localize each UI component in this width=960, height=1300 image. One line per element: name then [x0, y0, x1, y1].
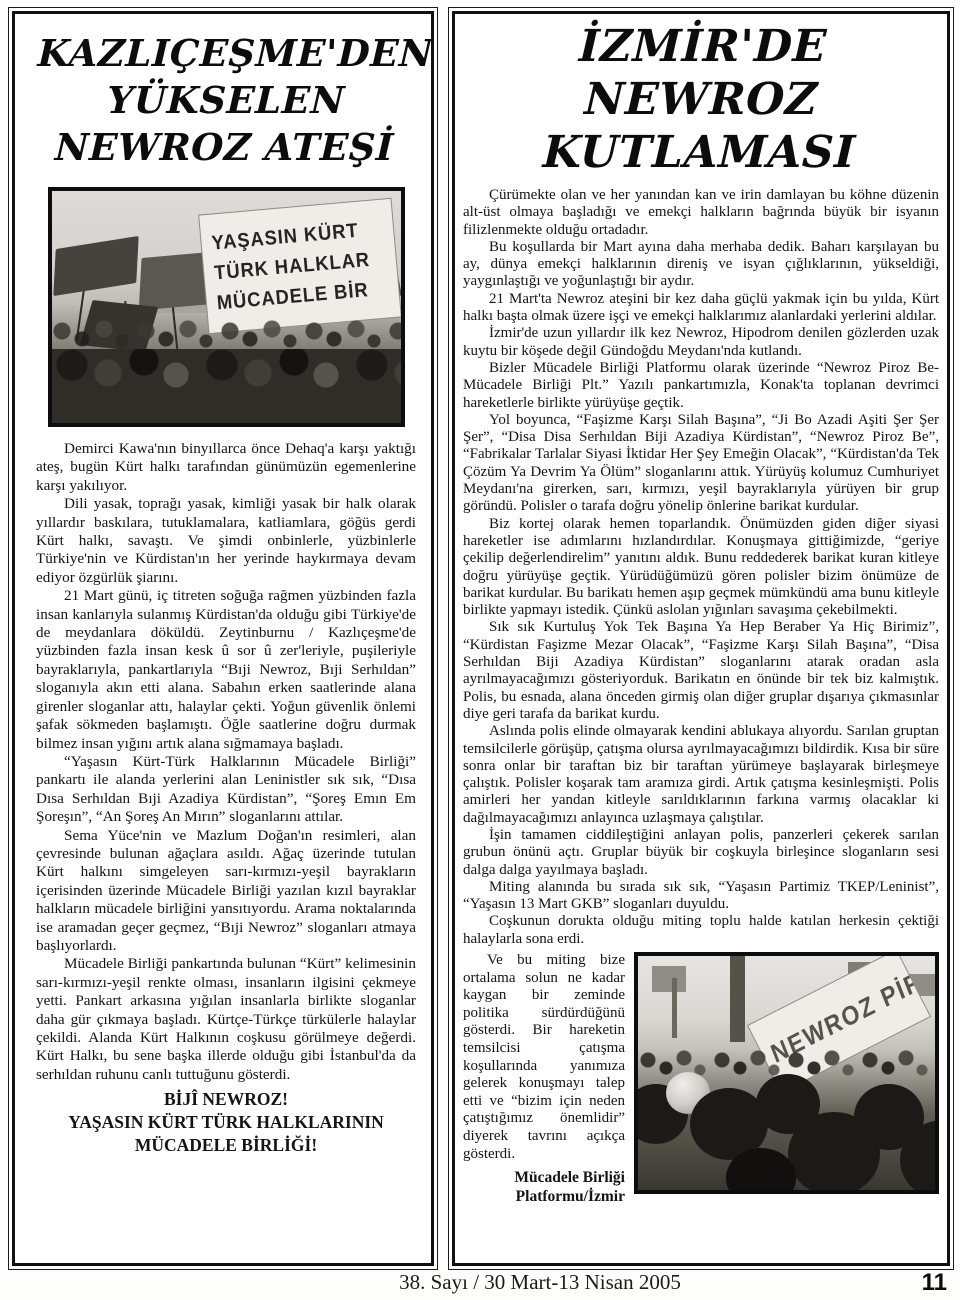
footer-issue-date: 38. Sayı / 30 Mart-13 Nisan 2005	[330, 1270, 750, 1295]
article-paragraph: Yol boyunca, “Faşizme Karşı Silah Başına…	[463, 412, 939, 516]
headline-line: NEWROZ ATEŞİ	[34, 124, 416, 171]
headline-line: NEWROZ KUTLAMASI	[460, 73, 940, 179]
article-paragraph: İzmir'de uzun yıllardır ilk kez Newroz, …	[463, 325, 939, 360]
signature-line: Platformu/İzmir	[463, 1187, 625, 1206]
photo-tree-trunk	[730, 956, 745, 1042]
article-paragraph: 21 Mart'ta Newroz ateşini bir kez daha g…	[463, 291, 939, 326]
photo-window	[652, 966, 686, 992]
article-paragraph: 21 Mart günü, iç titreten soğuğa rağmen …	[36, 587, 416, 753]
article-paragraph: Coşkunun dorukta olduğu miting toplu hal…	[463, 913, 939, 948]
signature-line: Mücadele Birliği	[463, 1168, 625, 1187]
right-article-headline: İZMİR'DE NEWROZ KUTLAMASI	[460, 20, 942, 179]
sidebar-text-column: Ve bu miting bize ortalama solun ne kada…	[463, 952, 625, 1206]
article-paragraph: Dili yasak, toprağı yasak, kimliği yasak…	[36, 495, 416, 587]
article-paragraph: Demirci Kawa'nın binyıllarca önce Dehaq'…	[36, 440, 416, 495]
left-article-frame: KAZLIÇEŞME'DEN YÜKSELEN NEWROZ ATEŞİ YAŞ…	[12, 11, 434, 1266]
newspaper-page: KAZLIÇEŞME'DEN YÜKSELEN NEWROZ ATEŞİ YAŞ…	[0, 0, 960, 1300]
article-paragraph: Bizler Mücadele Birliği Platformu olarak…	[463, 360, 939, 412]
photo-crowd-foreground	[52, 349, 401, 423]
closing-slogan-line: MÜCADELE BİRLİĞİ!	[36, 1134, 416, 1157]
article-paragraph: Bu koşullarda bir Mart ayına daha merhab…	[463, 239, 939, 291]
left-article-closing-slogans: BİJÎ NEWROZ! YAŞASIN KÜRT TÜRK HALKLARIN…	[36, 1088, 416, 1157]
article-paragraph: Ve bu miting bize ortalama solun ne kada…	[463, 952, 625, 1163]
photo-banner: YAŞASIN KÜRT TÜRK HALKLAR MÜCADELE BİR	[199, 199, 401, 333]
left-article-headline: KAZLIÇEŞME'DEN YÜKSELEN NEWROZ ATEŞİ	[34, 30, 419, 171]
headline-line: YÜKSELEN	[35, 77, 417, 124]
article-paragraph: Mücadele Birliği pankartında bulunan “Kü…	[36, 955, 416, 1084]
left-article-box: KAZLIÇEŞME'DEN YÜKSELEN NEWROZ ATEŞİ YAŞ…	[8, 7, 438, 1270]
article-paragraph: “Yaşasın Kürt-Türk Halklarının Mücadele …	[36, 753, 416, 827]
riot-police-photo: NEWROZ PİROZ	[634, 952, 939, 1194]
headline-line: KAZLIÇEŞME'DEN	[37, 30, 419, 77]
article-paragraph: Sema Yüce'nin ve Mazlum Doğan'ın resimle…	[36, 827, 416, 956]
right-article-body: Çürümekte olan ve her yanından kan ve ir…	[463, 187, 939, 948]
right-article-box: İZMİR'DE NEWROZ KUTLAMASI Çürümekte olan…	[448, 7, 954, 1270]
article-paragraph: İşin tamamen ciddileştiğini anlayan poli…	[463, 827, 939, 879]
closing-slogan-line: BİJÎ NEWROZ!	[36, 1088, 416, 1111]
right-article-frame: İZMİR'DE NEWROZ KUTLAMASI Çürümekte olan…	[452, 11, 950, 1266]
crowd-rally-photo: YAŞASIN KÜRT TÜRK HALKLAR MÜCADELE BİR	[48, 187, 405, 427]
right-article-bottom-row: Ve bu miting bize ortalama solun ne kada…	[463, 952, 939, 1206]
footer-page-number: 11	[922, 1269, 947, 1297]
article-paragraph: Çürümekte olan ve her yanından kan ve ir…	[463, 187, 939, 239]
closing-slogan-line: YAŞASIN KÜRT TÜRK HALKLARININ	[36, 1111, 416, 1134]
article-paragraph: Aslında polis elinde olmayarak kendini a…	[463, 723, 939, 827]
photo-lamp-post	[672, 978, 677, 1038]
left-article-body: Demirci Kawa'nın binyıllarca önce Dehaq'…	[36, 440, 416, 1084]
article-paragraph: Biz kortej olarak hemen toparlandık. Önü…	[463, 516, 939, 620]
headline-line: İZMİR'DE	[464, 20, 942, 73]
article-signature: Mücadele Birliği Platformu/İzmir	[463, 1168, 625, 1206]
article-paragraph: Miting alanında bu sırada sık sık, “Yaşa…	[463, 879, 939, 914]
article-paragraph: Sık sık Kurtuluş Yok Tek Başına Ya Hep B…	[463, 619, 939, 723]
